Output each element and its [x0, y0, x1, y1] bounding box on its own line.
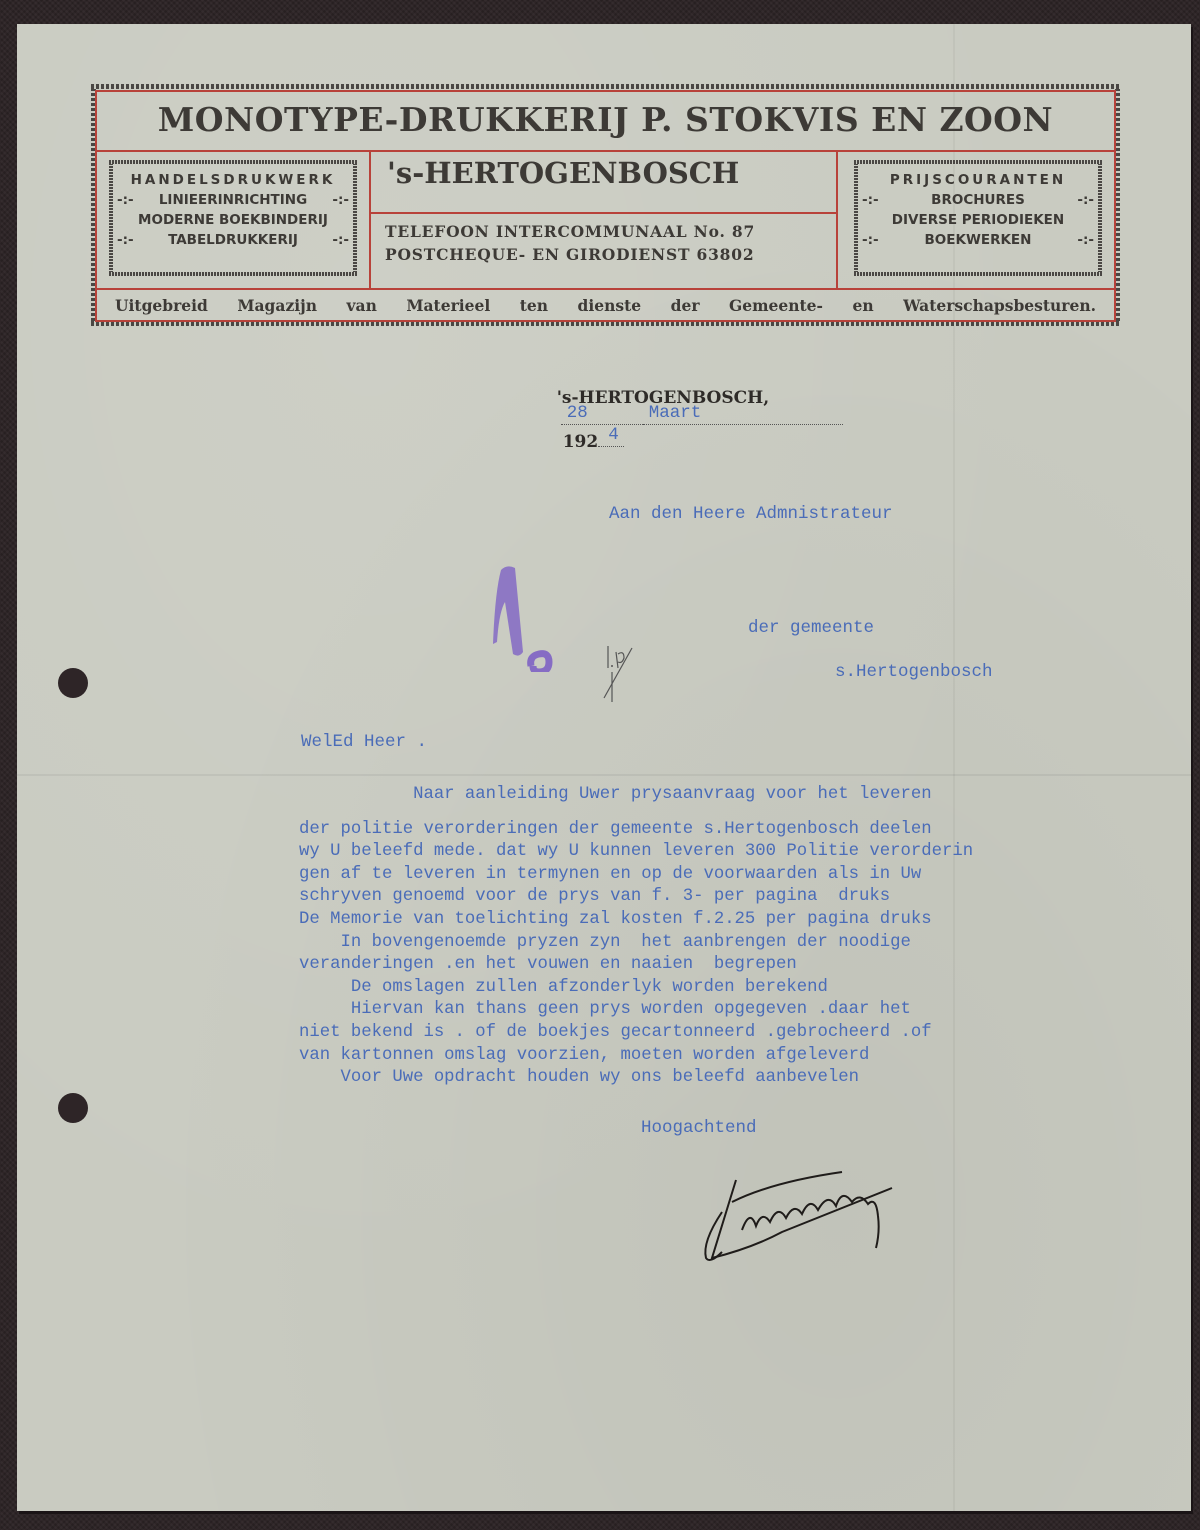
- date-line: 's-HERTOGENBOSCH, 28Maart 1924: [533, 368, 843, 472]
- ornament: -:-: [332, 190, 349, 210]
- body-line: der politie verorderingen der gemeente s…: [299, 819, 973, 842]
- address-line: s.Hertogenbosch: [835, 662, 993, 682]
- address-line: Aan den Heere Admnistrateur: [609, 504, 893, 524]
- body-line: niet bekend is . of de boekjes gecartonn…: [299, 1022, 973, 1045]
- body-line: De omslagen zullen afzonderlyk worden be…: [299, 977, 973, 1000]
- giro-number: POSTCHEQUE- EN GIRODIENST 63802: [385, 243, 755, 266]
- body-line: [299, 807, 973, 819]
- letterhead: MONOTYPE-DRUKKERIJ P. STOKVIS EN ZOON HA…: [85, 78, 1126, 332]
- ornament: -:-: [1077, 190, 1094, 210]
- ornament: -:-: [332, 230, 349, 250]
- year-suffix: 4: [608, 425, 619, 445]
- date-day: 28: [567, 403, 588, 423]
- letterhead-footer: Uitgebreid Magazijn van Materieel ten di…: [115, 296, 1096, 315]
- salutation: WelEd Heer .: [301, 732, 427, 752]
- body-line: Naar aanleiding Uwer prysaanvraag voor h…: [299, 784, 973, 807]
- body-line: Voor Uwe opdracht houden wy ons beleefd …: [299, 1067, 973, 1090]
- service-item: DIVERSE PERIODIEKEN: [854, 210, 1102, 230]
- footer-word: Uitgebreid: [115, 296, 208, 315]
- ornament: -:-: [1077, 230, 1094, 250]
- ornament: -:-: [862, 190, 879, 210]
- letterhead-frame: MONOTYPE-DRUKKERIJ P. STOKVIS EN ZOON HA…: [95, 90, 1116, 322]
- service-item: BROCHURES: [931, 190, 1025, 210]
- body-line: veranderingen .en het vouwen en naaien b…: [299, 954, 973, 977]
- ornament: -:-: [862, 230, 879, 250]
- punch-hole: [58, 668, 88, 698]
- footer-word: Magazijn: [237, 296, 317, 315]
- contact-info: TELEFOON INTERCOMMUNAAL No. 87 POSTCHEQU…: [385, 220, 755, 266]
- services-box-left: HANDELSDRUKWERK -:-LINIEERINRICHTING-:- …: [105, 156, 361, 280]
- ornament: -:-: [117, 190, 134, 210]
- body-line: In bovengenoemde pryzen zyn het aanbreng…: [299, 932, 973, 955]
- month-field: Maart: [643, 408, 843, 425]
- body-line: gen af te leveren in termynen en op de v…: [299, 864, 973, 887]
- phone-number: TELEFOON INTERCOMMUNAAL No. 87: [385, 220, 755, 243]
- footer-word: dienste: [578, 296, 642, 315]
- purple-stamp-mark: [493, 562, 553, 672]
- rule: [369, 212, 838, 214]
- footer-word: der: [671, 296, 700, 315]
- closing: Hoogachtend: [641, 1118, 757, 1138]
- body-line: wy U beleefd mede. dat wy U kunnen lever…: [299, 841, 973, 864]
- service-item: HANDELSDRUKWERK: [109, 170, 357, 190]
- service-item: MODERNE BOEKBINDERIJ: [109, 210, 357, 230]
- address-line: der gemeente: [748, 618, 874, 638]
- footer-word: ten: [520, 296, 548, 315]
- rule: [369, 150, 371, 288]
- footer-word: Waterschapsbesturen.: [903, 296, 1096, 315]
- service-item: PRIJSCOURANTEN: [854, 170, 1102, 190]
- footer-word: Materieel: [406, 296, 490, 315]
- body-line: van kartonnen omslag voorzien, moeten wo…: [299, 1045, 973, 1068]
- body-line: schryven genoemd voor de prys van f. 3- …: [299, 886, 973, 909]
- company-name: MONOTYPE-DRUKKERIJ P. STOKVIS EN ZOON: [97, 100, 1114, 139]
- year-field: 4: [598, 430, 624, 447]
- footer-word: van: [347, 296, 377, 315]
- handwritten-signature: [692, 1152, 922, 1272]
- body-line: Hiervan kan thans geen prys worden opgeg…: [299, 999, 973, 1022]
- day-field: 28: [561, 408, 643, 425]
- ornament: -:-: [117, 230, 134, 250]
- service-item: TABELDRUKKERIJ: [168, 230, 298, 250]
- year-prefix: 192: [563, 432, 599, 452]
- body-line: De Memorie van toelichting zal kosten f.…: [299, 909, 973, 932]
- city-name: 's-HERTOGENBOSCH: [387, 156, 739, 190]
- date-month: Maart: [649, 403, 702, 423]
- service-item: BOEKWERKEN: [925, 230, 1032, 250]
- letter-body: Naar aanleiding Uwer prysaanvraag voor h…: [299, 842, 973, 1090]
- services-box-right: PRIJSCOURANTEN -:-BROCHURES-:- DIVERSE P…: [850, 156, 1106, 280]
- footer-word: Gemeente-: [729, 296, 823, 315]
- punch-hole: [58, 1093, 88, 1123]
- service-item: LINIEERINRICHTING: [159, 190, 307, 210]
- rule: [97, 288, 1114, 290]
- footer-word: en: [852, 296, 873, 315]
- fold-line: [17, 774, 1191, 776]
- rule: [836, 150, 838, 288]
- rule: [97, 150, 1114, 152]
- letter-paper: MONOTYPE-DRUKKERIJ P. STOKVIS EN ZOON HA…: [17, 24, 1191, 1511]
- pencil-note: [602, 642, 642, 702]
